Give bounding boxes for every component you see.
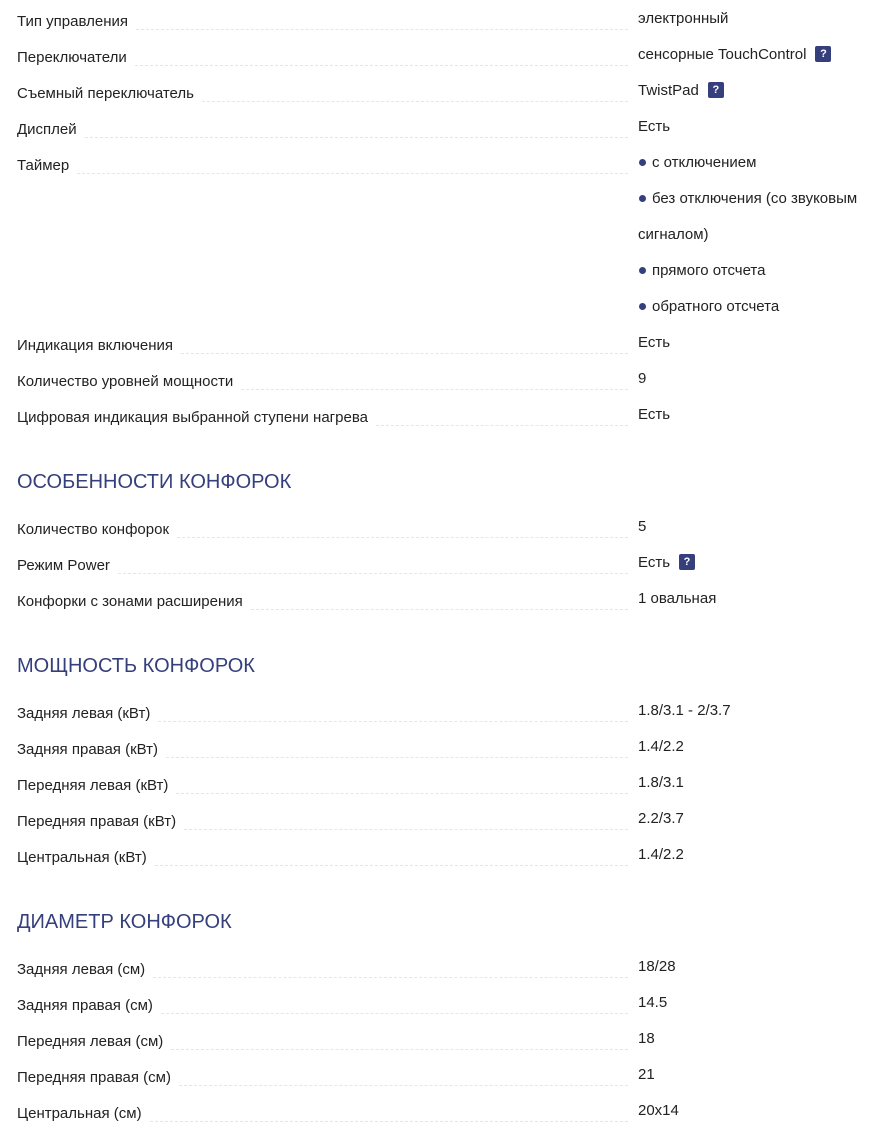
spec-row: Переключатели сенсорные TouchControl? — [17, 36, 884, 72]
section-title: ОСОБЕННОСТИ КОНФОРОК — [17, 470, 884, 494]
spec-label: Режим Power — [17, 544, 110, 576]
spec-value: 1.4/2.2 — [638, 843, 684, 865]
spec-label: Задняя правая (кВт) — [17, 728, 158, 760]
spec-value: 1.4/2.2 — [638, 735, 684, 757]
spec-label: Цифровая индикация выбранной ступени наг… — [17, 396, 368, 428]
spec-value: 2.2/3.7 — [638, 807, 684, 829]
dotted-leader — [135, 65, 628, 66]
section-title: ДИАМЕТР КОНФОРОК — [17, 910, 884, 934]
dotted-leader — [166, 757, 628, 758]
spec-label: Задняя правая (см) — [17, 984, 153, 1016]
spec-value: 1.8/3.1 — [638, 771, 684, 793]
dotted-leader — [150, 1121, 628, 1122]
spec-label: Тип управления — [17, 0, 128, 32]
spec-label: Передняя правая (см) — [17, 1056, 171, 1088]
spec-row: Передняя правая (кВт) 2.2/3.7 — [17, 800, 884, 836]
dotted-leader — [184, 829, 628, 830]
timer-values-list: с отключением без отключения (со звуковы… — [638, 144, 874, 324]
dotted-leader — [136, 29, 628, 30]
spec-label: Центральная (кВт) — [17, 836, 147, 868]
bullet-icon — [639, 195, 646, 202]
spec-row: Съемный переключатель TwistPad? — [17, 72, 884, 108]
spec-row: Индикация включения Есть — [17, 324, 884, 360]
spec-row-timer: Таймер с отключением без отключения (со … — [17, 144, 884, 324]
dotted-leader — [158, 721, 628, 722]
dotted-leader — [155, 865, 628, 866]
timer-value: прямого отсчета — [652, 259, 765, 281]
help-icon[interactable]: ? — [815, 46, 831, 62]
dotted-leader — [85, 137, 628, 138]
spec-value: электронный — [638, 7, 728, 29]
spec-row: Передняя левая (кВт) 1.8/3.1 — [17, 764, 884, 800]
dotted-leader — [161, 1013, 628, 1014]
timer-value-continued: сигналом) — [638, 223, 709, 245]
spec-value: 20x14 — [638, 1099, 679, 1121]
spec-label: Дисплей — [17, 108, 77, 140]
dotted-leader — [241, 389, 628, 390]
dotted-leader — [176, 793, 628, 794]
section-title: МОЩНОСТЬ КОНФОРОК — [17, 654, 884, 678]
help-icon[interactable]: ? — [708, 82, 724, 98]
dotted-leader — [202, 101, 628, 102]
spec-row: Цифровая индикация выбранной ступени наг… — [17, 396, 884, 432]
spec-value: 18 — [638, 1027, 655, 1049]
spec-row: Передняя левая (см) 18 — [17, 1020, 884, 1056]
spec-label: Задняя левая (см) — [17, 948, 145, 980]
burner-power-section: МОЩНОСТЬ КОНФОРОК Задняя левая (кВт) 1.8… — [17, 616, 884, 872]
spec-value: 1.8/3.1 - 2/3.7 — [638, 699, 731, 721]
specs-container: Тип управления электронный Переключатели… — [17, 0, 884, 1128]
bullet-icon — [639, 303, 646, 310]
dotted-leader — [171, 1049, 628, 1050]
burner-features-section: ОСОБЕННОСТИ КОНФОРОК Количество конфорок… — [17, 432, 884, 616]
spec-label: Передняя левая (см) — [17, 1020, 163, 1052]
spec-row: Количество конфорок 5 — [17, 508, 884, 544]
dotted-leader — [118, 573, 628, 574]
spec-row: Задняя левая (см) 18/28 — [17, 948, 884, 984]
spec-label: Индикация включения — [17, 324, 173, 356]
spec-row: Задняя правая (кВт) 1.4/2.2 — [17, 728, 884, 764]
dotted-leader — [153, 977, 628, 978]
spec-row: Задняя правая (см) 14.5 — [17, 984, 884, 1020]
spec-value: Есть — [638, 115, 670, 137]
dotted-leader — [177, 537, 628, 538]
spec-row: Передняя правая (см) 21 — [17, 1056, 884, 1092]
spec-label: Передняя левая (кВт) — [17, 764, 168, 796]
dotted-leader — [179, 1085, 628, 1086]
bullet-icon — [639, 159, 646, 166]
dotted-leader — [77, 173, 628, 174]
spec-row: Количество уровней мощности 9 — [17, 360, 884, 396]
spec-value: 5 — [638, 515, 646, 537]
spec-label: Съемный переключатель — [17, 72, 194, 104]
spec-value: 9 — [638, 367, 646, 389]
spec-value: Есть — [638, 331, 670, 353]
spec-row: Задняя левая (кВт) 1.8/3.1 - 2/3.7 — [17, 692, 884, 728]
help-icon[interactable]: ? — [679, 554, 695, 570]
spec-value: 1 овальная — [638, 587, 716, 609]
spec-row: Тип управления электронный — [17, 0, 884, 36]
spec-label: Задняя левая (кВт) — [17, 692, 150, 724]
spec-row: Центральная (см) 20x14 — [17, 1092, 884, 1128]
spec-label: Конфорки с зонами расширения — [17, 580, 243, 612]
dotted-leader — [376, 425, 628, 426]
timer-value: обратного отсчета — [652, 295, 779, 317]
spec-row: Конфорки с зонами расширения 1 овальная — [17, 580, 884, 616]
spec-value: Есть — [638, 403, 670, 425]
bullet-icon — [639, 267, 646, 274]
spec-row: Дисплей Есть — [17, 108, 884, 144]
dotted-leader — [181, 353, 628, 354]
spec-label: Таймер — [17, 144, 69, 176]
spec-value: сенсорные TouchControl — [638, 43, 806, 65]
dotted-leader — [251, 609, 628, 610]
burner-diameter-section: ДИАМЕТР КОНФОРОК Задняя левая (см) 18/28… — [17, 872, 884, 1128]
spec-value: Есть — [638, 551, 670, 573]
spec-row: Режим Power Есть? — [17, 544, 884, 580]
spec-value: 18/28 — [638, 955, 676, 977]
control-section: Тип управления электронный Переключатели… — [17, 0, 884, 432]
spec-value: 21 — [638, 1063, 655, 1085]
timer-value: с отключением — [652, 151, 756, 173]
spec-label: Центральная (см) — [17, 1092, 142, 1124]
spec-label: Количество уровней мощности — [17, 360, 233, 392]
spec-label: Количество конфорок — [17, 508, 169, 540]
spec-label: Передняя правая (кВт) — [17, 800, 176, 832]
spec-value: TwistPad — [638, 79, 699, 101]
spec-row: Центральная (кВт) 1.4/2.2 — [17, 836, 884, 872]
timer-value: без отключения (со звуковым — [652, 187, 857, 209]
spec-label: Переключатели — [17, 36, 127, 68]
spec-value: 14.5 — [638, 991, 667, 1013]
